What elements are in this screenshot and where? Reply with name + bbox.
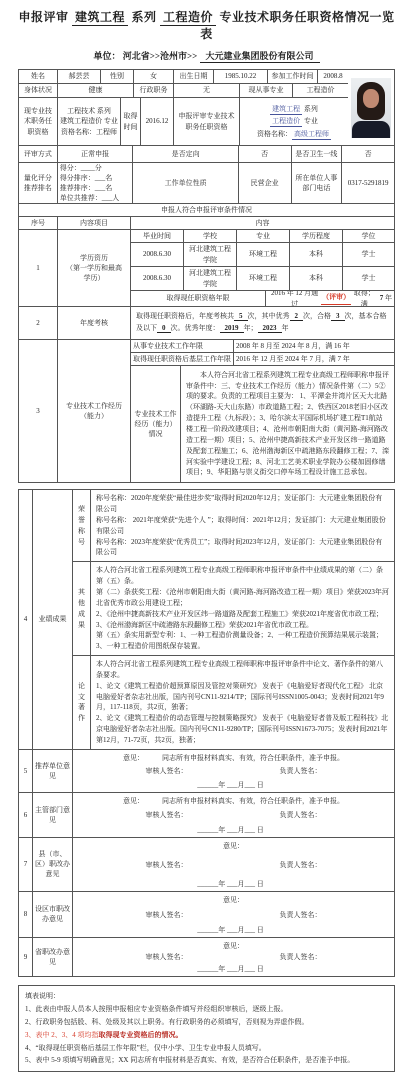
photo-torso	[352, 121, 390, 138]
acquire-time-value: 2016.12	[141, 98, 174, 145]
unit-type-label: 工作单位性质	[133, 163, 238, 203]
achievements-no: 4	[19, 490, 33, 749]
opinion-label: 主管部门意见	[33, 793, 73, 837]
opinion-content: 意见： 审核人签名：负责人签名： ______年 ___月___ 日	[73, 938, 394, 976]
personal-info-table: 姓名 郝芸芸 性别 女 出生日期 1985.10.22 参加工作时间 2008.…	[18, 69, 395, 204]
other-results-row: 其他成果 本人符合河北省工程系列建筑工程专业高级工程师职称申报评审条件中业绩成果…	[73, 562, 394, 656]
work-start-label: 参加工作时间	[268, 70, 318, 83]
form-sheet: 申报评审 建筑工程 系列 工程造价 专业技术职务任职资格情况一览表 单位： 河北…	[0, 0, 413, 1024]
name-value: 郝芸芸	[58, 70, 101, 83]
honor-row: 荣誉称号 称号名称：2020年度荣获“最佳进步奖”取得时间2020年12月；发证…	[73, 490, 394, 562]
dob-value: 1985.10.22	[214, 70, 268, 83]
opinion-label: 设区市职改办意见	[33, 892, 73, 937]
current-major-label: 现从事专业	[240, 84, 293, 97]
achievements-content: 荣誉称号 称号名称：2020年度荣获“最佳进步奖”取得时间2020年12月；发证…	[73, 490, 394, 749]
note-2: 2、行政职务包括股、科、处级及其以上职务。有行政职务的必须填写，否则视为弄虚作假…	[25, 1016, 388, 1029]
opinion-row-province-office: 9 省职改办意见 意见： 审核人签名：负责人签名： ______年 ___月__…	[19, 938, 394, 976]
opinion-row-recommending-unit: 5 推荐单位意见 意见：同志所有申报材料真实、有效，符合任职条件，准予申报。 审…	[19, 750, 394, 793]
achievements-table: 4 业绩成果 荣誉称号 称号名称：2020年度荣获“最佳进步奖”取得时间2020…	[18, 489, 395, 977]
directional-value: 否	[239, 146, 292, 162]
opinion-content: 意见：同志所有申报材料真实、有效，符合任职条件，准予申报。 审核人签名：负责人签…	[73, 750, 394, 792]
dob-label: 出生日期	[174, 70, 214, 83]
admin-post-value: 无	[174, 84, 240, 97]
col-no-header: 序号	[19, 217, 58, 229]
annual-review-content: 取得现任职资格后，年度考核共5次，其中优秀2次，合格3次，基本合格及以下0次。优…	[131, 307, 394, 339]
tenure-review-red: （评审）	[321, 292, 350, 304]
title-prefix: 申报评审	[18, 10, 68, 24]
opinion-content: 意见：同志所有申报材料真实、有效，符合任职条件，准予申报。 审核人签名：负责人签…	[73, 793, 394, 837]
annual-review-item-label: 年度考核	[58, 307, 131, 339]
info-row-3: 现专业技术职务任职资格 工程技术 系列 建筑工程造价 专业 资格名称：工程师 取…	[19, 98, 348, 145]
conditions-table: 申报人符合申报评审条件情况 序号 内容项目 内容 1 学历资历 （第一学历和最高…	[18, 203, 395, 483]
info-row-1: 姓名 郝芸芸 性别 女 出生日期 1985.10.22 参加工作时间 2008.…	[19, 70, 348, 84]
annual-review-row: 2 年度考核 取得现任职资格后，年度考核共5次，其中优秀2次，合格3次，基本合格…	[19, 307, 394, 340]
note-4: 4、“取得现任职资格后基层工作年限”栏，仅中小学、卫生专业申报人员填写。	[25, 1042, 388, 1055]
unit-region: 河北省>>沧州市>>	[123, 51, 198, 61]
other-results-content: 本人符合河北省工程系列建筑工程专业高级工程师职称申报评审条件中业绩成果的第（二）…	[91, 562, 394, 655]
work-years-row: 从事专业技术工作年限 2008 年 8 月至 2024 年 8 月，满 16 年	[131, 340, 394, 353]
applicant-photo	[351, 78, 391, 138]
work-start-value: 2008.8	[318, 70, 348, 83]
papers-content: 本人符合河北省工程系列建筑工程专业高级工程师职称申报评审条件中论文、著作条件的第…	[91, 656, 394, 749]
frontline-label: 是否卫生一线	[292, 146, 343, 162]
conditions-section-title: 申报人符合申报评审条件情况	[19, 204, 394, 216]
tenure-row: 取得现任职资格年限 2016 年 12 月通过（评审）取得；满 7 年	[131, 291, 394, 306]
current-title-value: 工程技术 系列 建筑工程造价 专业 资格名称：工程师	[58, 98, 121, 145]
admin-post-label: 行政职务	[134, 84, 174, 97]
unit-line: 单位： 河北省>>沧州市>> 大元建业集团股份有限公司	[18, 49, 395, 62]
info-row-4: 评审方式 正常申报 是否定向 否 是否卫生一线 否	[19, 146, 394, 163]
unit-type-value: 民营企业	[239, 163, 292, 203]
page-title: 申报评审 建筑工程 系列 工程造价 专业技术职务任职资格情况一览表	[18, 8, 395, 42]
col-item-header: 内容项目	[58, 217, 131, 229]
title-mid: 系列	[131, 10, 156, 24]
papers-vertical-label: 论文著作	[73, 656, 91, 749]
note-5: 5、表中 5-9 项填写明确意见；XX 同志所有申报材料是否真实、有效，是否符合…	[25, 1054, 388, 1067]
opinion-label: 推荐单位意见	[33, 750, 73, 792]
conditions-col-header-row: 序号 内容项目 内容	[19, 217, 394, 230]
experience-row: 3 专业技术工作经历 （能力） 从事专业技术工作年限 2008 年 8 月至 2…	[19, 340, 394, 482]
title-suffix: 专业技术职务任职资格情况一览表	[200, 10, 394, 41]
tenure-label: 取得现任职资格年限	[131, 291, 266, 306]
achievements-item-label: 业绩成果	[33, 490, 73, 749]
education-item-label: 学历资历 （第一学历和最高 学历）	[58, 230, 131, 306]
directional-label: 是否定向	[133, 146, 238, 162]
tenure-value: 2016 年 12 月通过（评审）取得；满 7 年	[266, 291, 394, 306]
honor-entry: 称号名称：2020年度荣获“最佳进步奖”取得时间2020年12月；发证部门：大元…	[96, 493, 389, 515]
note-3-red: 3、表中 2、3、4 项均指取得现专业资格后的情况。	[25, 1029, 388, 1042]
review-mode-value: 正常申报	[58, 146, 134, 162]
fill-instructions-title: 填表说明：	[25, 990, 388, 1003]
experience-detail-row: 专业技术工作经历（能力）情况 本人符合河北省工程系列建筑工程专业高级工程师职称申…	[131, 366, 394, 482]
education-row: 1 学历资历 （第一学历和最高 学历） 毕业时间 学校 专业 学历程度 学位 2…	[19, 230, 394, 307]
experience-detail-text: 本人符合河北省工程系列建筑工程专业高级工程师职称申报评审条件中：三、专业技术工作…	[181, 366, 394, 482]
name-label: 姓名	[19, 70, 58, 83]
gender-value: 女	[134, 70, 174, 83]
work-years-label: 从事专业技术工作年限	[131, 340, 234, 352]
review-mode-label: 评审方式	[19, 146, 58, 162]
hr-phone-value: 0317-5291819	[342, 163, 394, 203]
photo-cell	[348, 70, 394, 145]
annual-review-no: 2	[19, 307, 58, 339]
note-1: 1、此表由申报人员本人按照申报相应专业资格条件填写并经组织审核后，逐级上报。	[25, 1003, 388, 1016]
edu-header-row: 毕业时间 学校 专业 学历程度 学位	[131, 230, 394, 243]
health-value: 健康	[58, 84, 134, 97]
honor-entry: 称号名称：2023年度荣获“优秀员工”；取得时间2023年12月，发证部门：大元…	[96, 537, 389, 559]
education-content: 毕业时间 学校 专业 学历程度 学位 2008.6.30 河北建筑工程学院 环境…	[131, 230, 394, 306]
opinion-row-county-office: 7 县（市、区）职改办意见 意见： 审核人签名：负责人签名： ______年 _…	[19, 838, 394, 892]
grassroots-years-row: 取得现任职资格后基层工作年限 2016 年 12 月至 2024 年 7 月，满…	[131, 353, 394, 366]
quant-score-value: 得分：____分 得分排序：___名 推荐排序：___名 单位共推荐：___人	[58, 163, 134, 203]
education-no: 1	[19, 230, 58, 306]
hr-phone-label: 所在单位人事部门电话	[292, 163, 343, 203]
experience-item-label: 专业技术工作经历 （能力）	[58, 340, 131, 482]
work-years-value: 2008 年 8 月至 2024 年 8 月，满 16 年	[234, 340, 394, 352]
grassroots-years-label: 取得现任职资格后基层工作年限	[131, 353, 234, 365]
other-results-vertical-label: 其他成果	[73, 562, 91, 655]
honor-content: 称号名称：2020年度荣获“最佳进步奖”取得时间2020年12月；发证部门：大元…	[91, 490, 394, 561]
apply-title-value: 建筑工程 系列 工程造价 专业 资格名称：高级工程师	[240, 98, 348, 145]
opinion-content: 意见： 审核人签名：负责人签名： ______年 ___月___ 日	[73, 838, 394, 891]
opinion-content: 意见： 审核人签名：负责人签名： ______年 ___月___ 日	[73, 892, 394, 937]
papers-row: 论文著作 本人符合河北省工程系列建筑工程专业高级工程师职称申报评审条件中论文、著…	[73, 656, 394, 749]
apply-title-label: 申报评审专业技术职务任职资格	[174, 98, 240, 145]
col-content-header: 内容	[131, 217, 394, 229]
gender-label: 性别	[101, 70, 134, 83]
health-label: 身体状况	[19, 84, 58, 97]
conditions-header-row: 申报人符合申报评审条件情况	[19, 204, 394, 217]
experience-no: 3	[19, 340, 58, 482]
opinion-row-supervising-dept: 6 主管部门意见 意见：同志所有申报材料真实、有效，符合任职条件，准予申报。 审…	[19, 793, 394, 838]
photo-face	[363, 89, 379, 108]
experience-detail-label: 专业技术工作经历（能力）情况	[131, 366, 181, 482]
title-major-underlined: 工程造价	[160, 10, 216, 26]
opinion-label: 县（市、区）职改办意见	[33, 838, 73, 891]
current-major-value: 工程造价	[293, 84, 348, 97]
grassroots-years-value: 2016 年 12 月至 2024 年 7 月，满 7 年	[234, 353, 394, 365]
honor-vertical-label: 荣誉称号	[73, 490, 91, 561]
frontline-value: 否	[342, 146, 394, 162]
fill-instructions: 填表说明： 1、此表由申报人员本人按照申报相应专业资格条件填写并经组织审核后，逐…	[18, 985, 395, 1072]
opinion-label: 省职改办意见	[33, 938, 73, 976]
info-row-2: 身体状况 健康 行政职务 无 现从事专业 工程造价	[19, 84, 348, 98]
edu-data-row-2: 2008.6.30 河北建筑工程学院 环境工程 本科 学士	[131, 267, 394, 291]
current-title-label: 现专业技术职务任职资格	[19, 98, 58, 145]
unit-company: 大元建业集团股份有限公司	[200, 51, 320, 63]
edu-data-row-1: 2008.6.30 河北建筑工程学院 环境工程 本科 学士	[131, 243, 394, 267]
acquire-time-label: 取得时间	[121, 98, 141, 145]
achievements-row: 4 业绩成果 荣誉称号 称号名称：2020年度荣获“最佳进步奖”取得时间2020…	[19, 490, 394, 750]
honor-entry: 称号名称： 2021年度荣获“先进个人 ”；取得时间：2021年12月；发证部门…	[96, 515, 389, 537]
info-row-5: 量化评分 推荐排名 得分：____分 得分排序：___名 推荐排序：___名 单…	[19, 163, 394, 203]
experience-content: 从事专业技术工作年限 2008 年 8 月至 2024 年 8 月，满 16 年…	[131, 340, 394, 482]
unit-label: 单位：	[93, 51, 120, 61]
opinion-row-city-office: 8 设区市职改办意见 意见： 审核人签名：负责人签名： ______年 ___月…	[19, 892, 394, 938]
quant-score-label: 量化评分 推荐排名	[19, 163, 58, 203]
title-series-underlined: 建筑工程	[72, 10, 128, 26]
